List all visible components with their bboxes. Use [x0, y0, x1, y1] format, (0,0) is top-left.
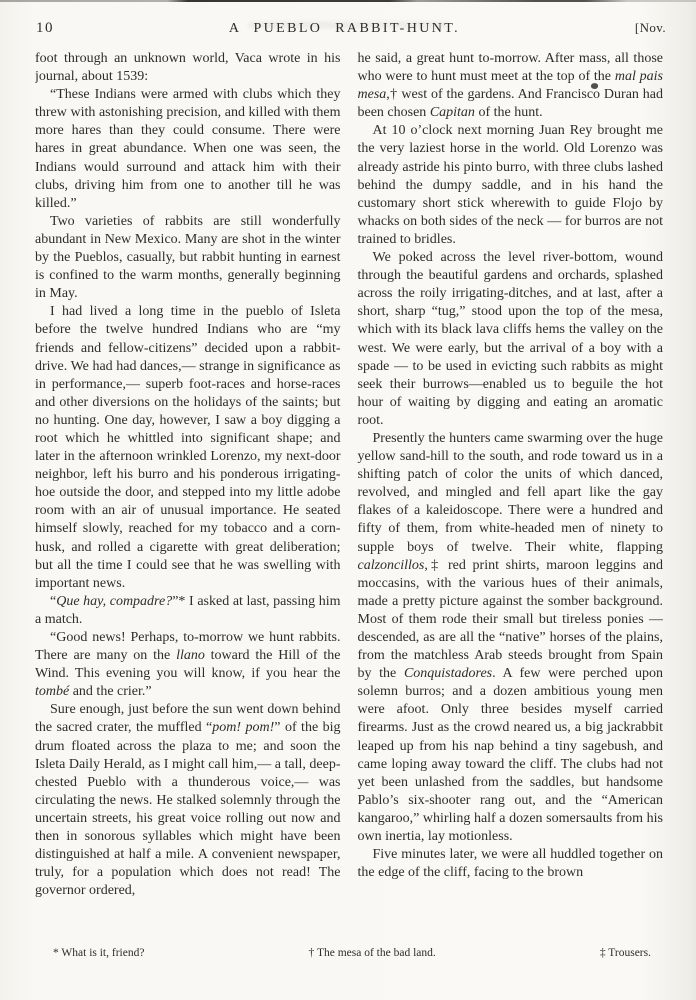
text-body: foot through an unknown world, Vaca wrot… — [35, 50, 663, 952]
paragraph: “Que hay, compadre?”* I asked at last, p… — [35, 593, 341, 629]
scan-edge-artifact — [0, 0, 696, 2]
paragraph: Two varieties of rabbits are still wonde… — [35, 213, 341, 303]
paragraph: At 10 o’clock next morning Juan Rey brou… — [358, 122, 664, 249]
footnote-asterisk: * What is it, friend? — [53, 947, 144, 959]
footnote-dagger: † The mesa of the bad land. — [309, 947, 436, 959]
footnote-double-dagger: ‡ Trousers. — [600, 947, 651, 959]
paragraph: I had lived a long time in the pueblo of… — [35, 303, 341, 593]
paragraph: We poked across the level river-bottom, … — [358, 249, 664, 430]
page-title: A PUEBLO RABBIT-HUNT. — [54, 21, 635, 37]
scanned-book-page: 10 A PUEBLO RABBIT-HUNT. [Nov. foot thro… — [0, 0, 696, 1000]
page-number: 10 — [36, 20, 54, 37]
paragraph: “Good news! Perhaps, to-morrow we hunt r… — [35, 629, 341, 701]
footnotes-row: * What is it, friend? † The mesa of the … — [35, 947, 663, 959]
right-column: he said, a great hunt to-morrow. After m… — [358, 50, 664, 952]
running-header: 10 A PUEBLO RABBIT-HUNT. [Nov. — [36, 20, 666, 37]
paragraph: Sure enough, just before the sun went do… — [35, 701, 341, 900]
paragraph: he said, a great hunt to-morrow. After m… — [358, 50, 664, 122]
paragraph: Five minutes later, we were all huddled … — [358, 846, 664, 882]
paragraph: “These Indians were armed with clubs whi… — [35, 86, 341, 213]
paragraph: foot through an unknown world, Vaca wrot… — [35, 50, 341, 86]
paragraph: Presently the hunters came swarming over… — [358, 430, 664, 846]
left-column: foot through an unknown world, Vaca wrot… — [35, 50, 341, 952]
issue-date: [Nov. — [635, 20, 666, 36]
